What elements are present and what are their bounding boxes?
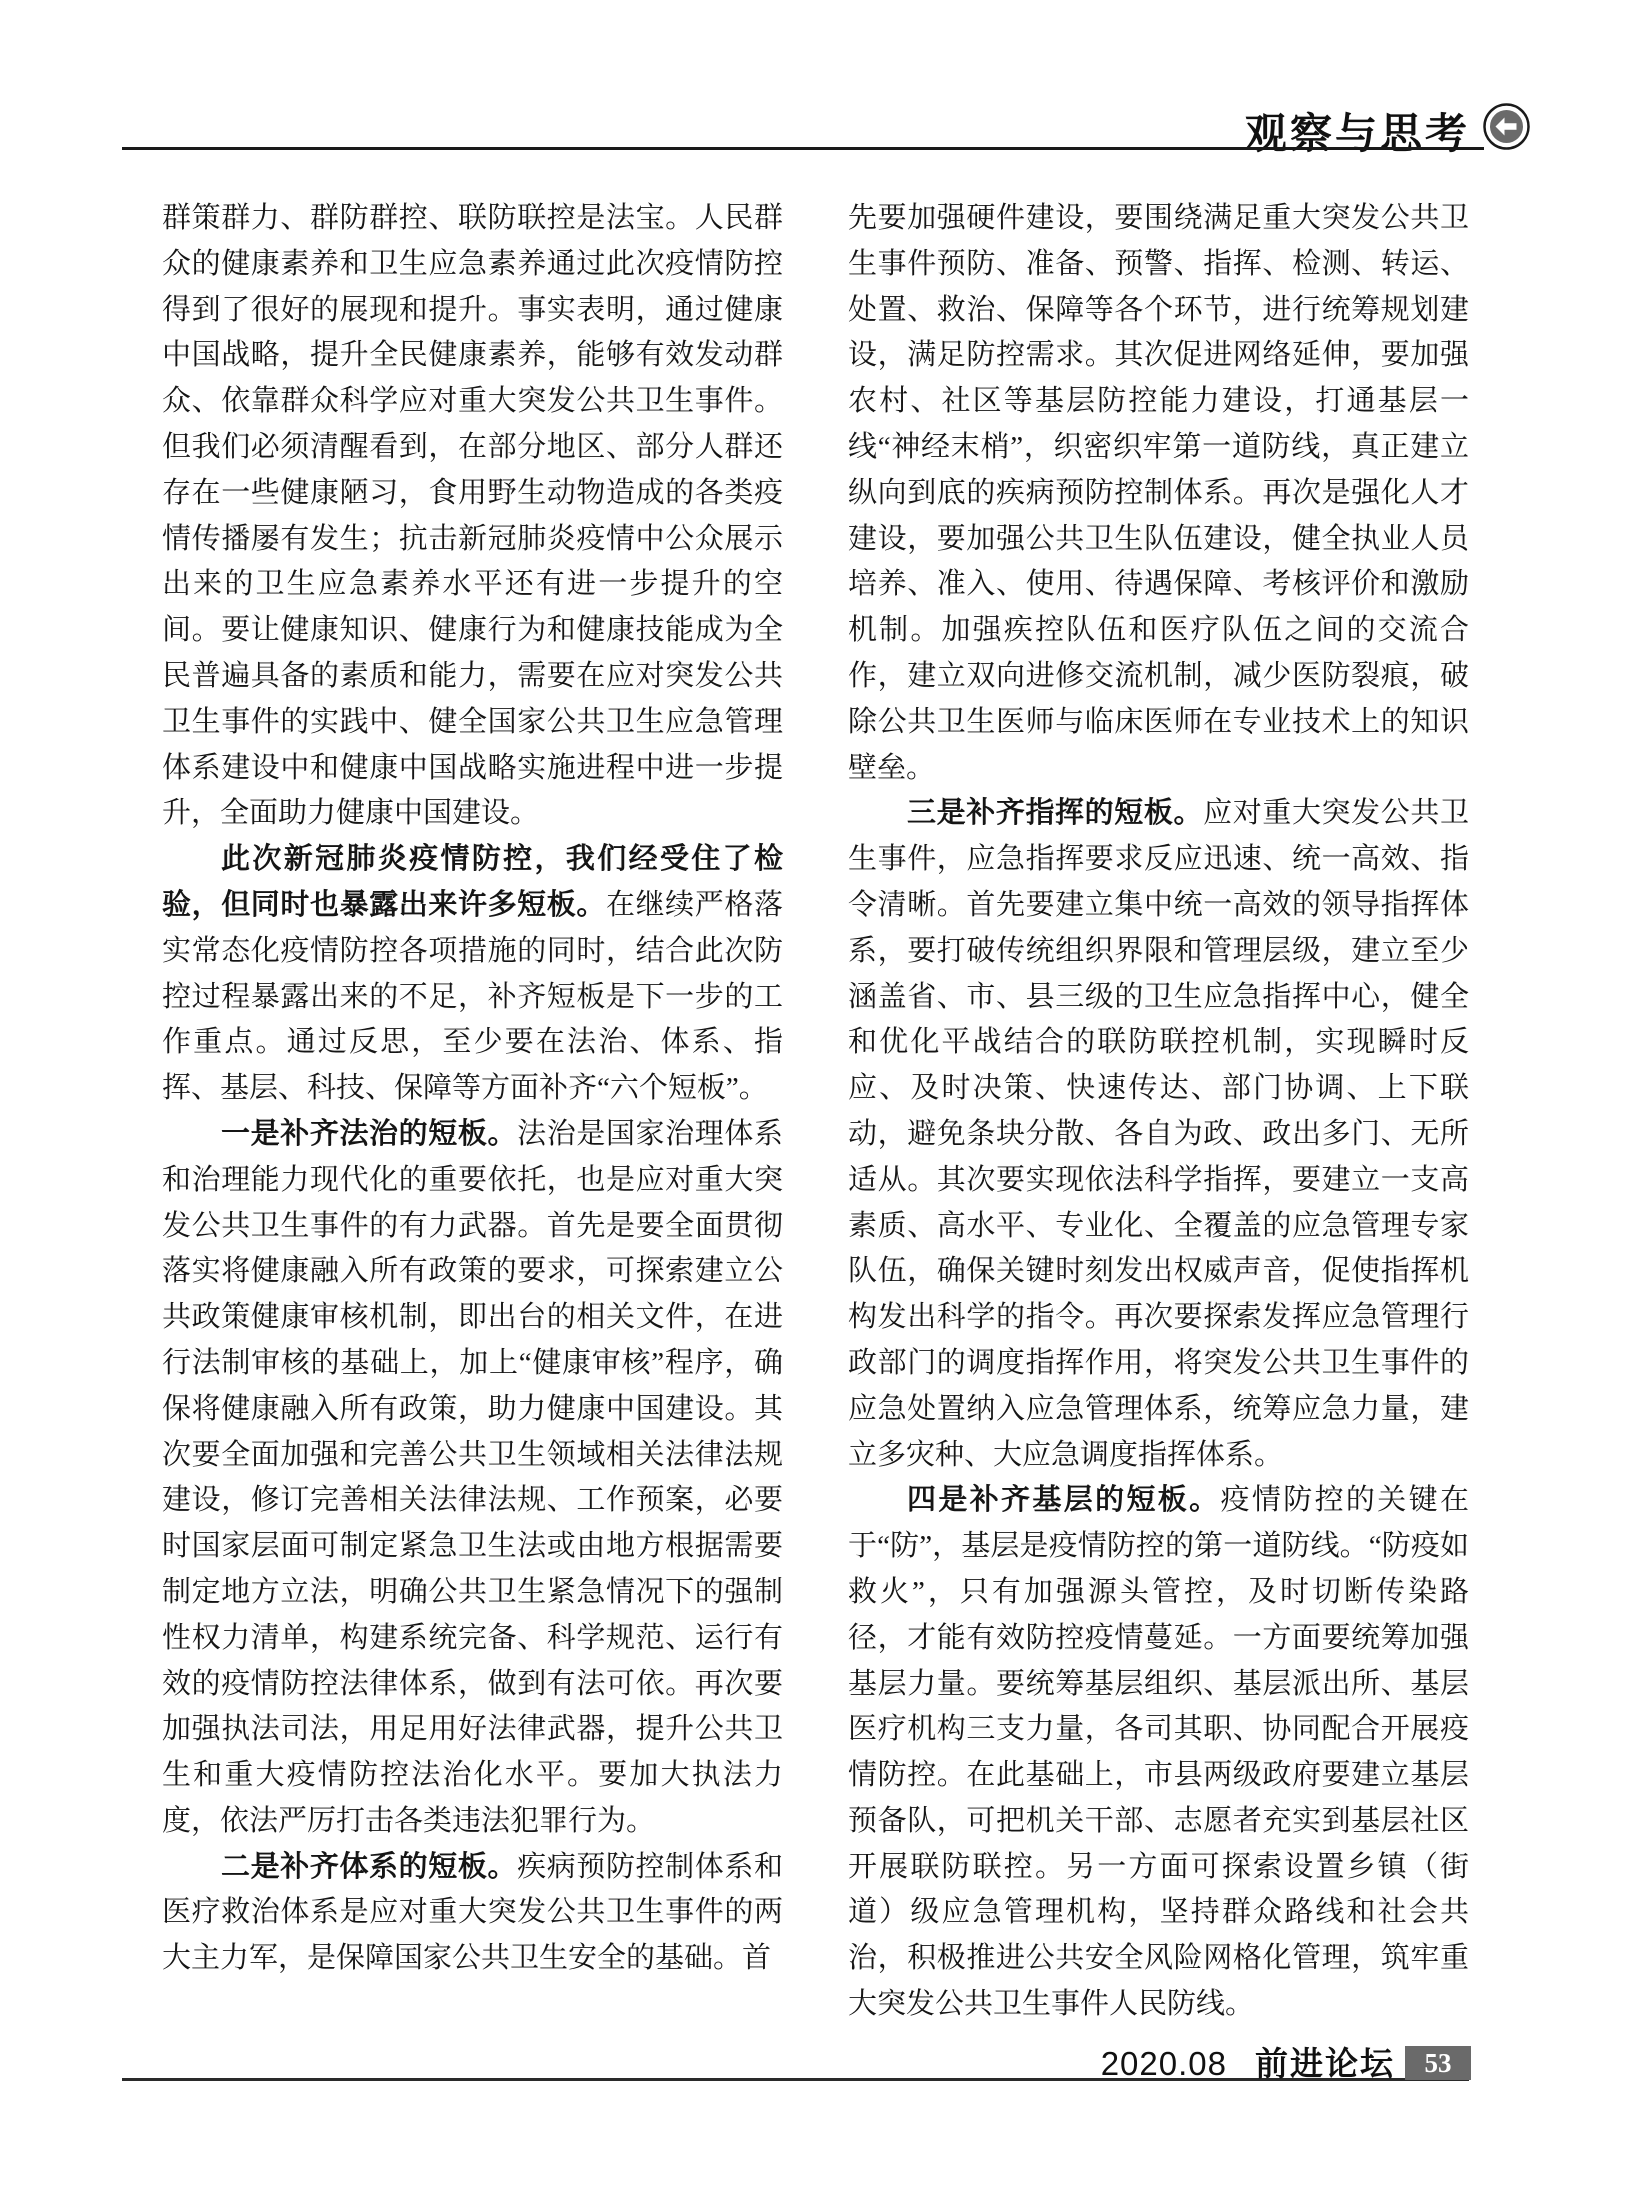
section-title: 观察与思考	[1245, 101, 1470, 161]
paragraph-text: 应对重大突发公共卫生事件，应急指挥要求反应迅速、统一高效、指令清晰。首先要建立集…	[848, 797, 1469, 1470]
page-number: 53	[1425, 2048, 1452, 2078]
text-column-right: 先要加强硬件建设，要围绕满足重大突发公共卫生事件预防、准备、预警、指挥、检测、转…	[848, 196, 1469, 2028]
paragraph: 二是补齐体系的短板。疾病预防控制体系和医疗救治体系是应对重大突发公共卫生事件的两…	[162, 1845, 783, 1982]
footer-meta: 2020.08前进论坛	[1101, 2038, 1395, 2085]
journal-page: { "header": { "section_title": "观察与思考", …	[0, 0, 1632, 2199]
paragraph: 此次新冠肺炎疫情防控，我们经受住了检验，但同时也暴露出来许多短板。在继续严格落实…	[162, 837, 783, 1112]
text-column-left: 群策群力、群防群控、联防联控是法宝。人民群众的健康素养和卫生应急素养通过此次疫情…	[162, 196, 783, 1982]
journal-name: 前进论坛	[1255, 2047, 1395, 2083]
paragraph: 先要加强硬件建设，要围绕满足重大突发公共卫生事件预防、准备、预警、指挥、检测、转…	[848, 196, 1469, 791]
paragraph-text: 先要加强硬件建设，要围绕满足重大突发公共卫生事件预防、准备、预警、指挥、检测、转…	[848, 202, 1469, 784]
paragraph-lead: 四是补齐基层的短板。	[907, 1484, 1221, 1516]
paragraph-text: 在继续严格落实常态化疫情防控各项措施的同时，结合此次防控过程暴露出来的不足，补齐…	[162, 889, 783, 1104]
paragraph-text: 群策群力、群防群控、联防联控是法宝。人民群众的健康素养和卫生应急素养通过此次疫情…	[162, 202, 783, 829]
paragraph: 四是补齐基层的短板。疫情防控的关键在于“防”，基层是疫情防控的第一道防线。“防疫…	[848, 1478, 1469, 2028]
paragraph-text: 疫情防控的关键在于“防”，基层是疫情防控的第一道防线。“防疫如救火”，只有加强源…	[848, 1484, 1469, 2020]
issue-date: 2020.08	[1101, 2045, 1227, 2082]
paragraph: 三是补齐指挥的短板。应对重大突发公共卫生事件，应急指挥要求反应迅速、统一高效、指…	[848, 791, 1469, 1478]
header-rule	[122, 147, 1484, 150]
paragraph-lead: 三是补齐指挥的短板。	[907, 797, 1203, 829]
paragraph-text: 法治是国家治理体系和治理能力现代化的重要依托，也是应对重大突发公共卫生事件的有力…	[162, 1118, 783, 1837]
paragraph-lead: 二是补齐体系的短板。	[221, 1851, 517, 1883]
paragraph: 一是补齐法治的短板。法治是国家治理体系和治理能力现代化的重要依托，也是应对重大突…	[162, 1112, 783, 1845]
page-number-badge: 53	[1405, 2046, 1471, 2080]
back-arrow-icon	[1483, 103, 1530, 150]
paragraph-lead: 一是补齐法治的短板。	[221, 1118, 517, 1150]
paragraph: 群策群力、群防群控、联防联控是法宝。人民群众的健康素养和卫生应急素养通过此次疫情…	[162, 196, 783, 837]
